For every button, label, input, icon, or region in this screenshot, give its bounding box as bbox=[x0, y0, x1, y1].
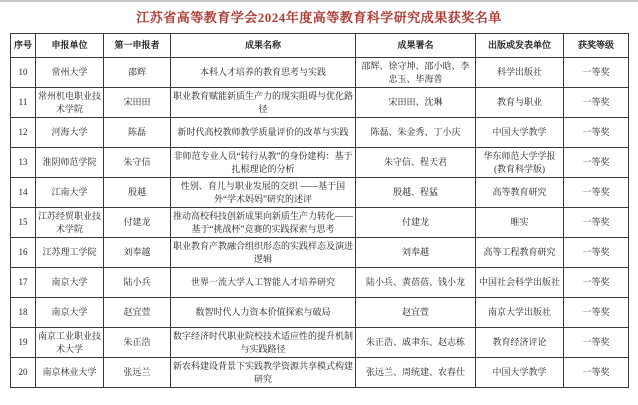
top-edge-divider bbox=[0, 0, 638, 2]
cell-serial-number: 20 bbox=[11, 358, 36, 388]
cell-applicant-unit: 常州大学 bbox=[36, 58, 104, 88]
cell-publisher-unit: 中国大学教学 bbox=[476, 118, 564, 148]
cell-achievement-name: 职业教育赋能新质生产力的现实阻碍与优化路径 bbox=[171, 88, 356, 118]
table-row: 13 淮阴师范学院 朱守信 非师范专业人员“转行从教”的身份建构：基于扎根理论的… bbox=[11, 148, 629, 178]
cell-applicant-unit: 南京大学 bbox=[36, 268, 104, 298]
cell-serial-number: 14 bbox=[11, 178, 36, 208]
cell-publisher-unit: 教育与职业 bbox=[476, 88, 564, 118]
cell-serial-number: 16 bbox=[11, 238, 36, 268]
cell-achievement-signature: 邵辉、徐守坤、邵小晗、李忠玉、毕海普 bbox=[356, 58, 476, 88]
cell-achievement-name: 新农科建设背景下实践教学资源共享模式构建研究 bbox=[171, 358, 356, 388]
cell-award-level: 一等奖 bbox=[564, 208, 629, 238]
cell-achievement-name: 推动高校科技创新成果向新质生产力转化——基于“挑战杯”竞赛的实践探索与思考 bbox=[171, 208, 356, 238]
cell-first-applicant: 陈磊 bbox=[104, 118, 171, 148]
cell-achievement-signature: 付建龙 bbox=[356, 208, 476, 238]
table-row: 14 江南大学 殷越 性别、育儿与职业发展的交织 ——基于国外“学术妈妈”研究的… bbox=[11, 178, 629, 208]
cell-first-applicant: 刘奉越 bbox=[104, 238, 171, 268]
cell-achievement-name: 数智时代人力资本价值探索与破局 bbox=[171, 298, 356, 328]
cell-serial-number: 15 bbox=[11, 208, 36, 238]
table-row: 17 南京大学 陆小兵 世界一流大学人工智能人才培养研究 陆小兵、黄蓓蓓、钱小龙… bbox=[11, 268, 629, 298]
cell-serial-number: 11 bbox=[11, 88, 36, 118]
page-title: 江苏省高等教育学会2024年度高等教育科学研究成果获奖名单 bbox=[0, 7, 638, 26]
cell-publisher-unit: 唯实 bbox=[476, 208, 564, 238]
cell-first-applicant: 宋田田 bbox=[104, 88, 171, 118]
header-first-applicant: 第一申报者 bbox=[104, 34, 171, 58]
cell-first-applicant: 赵宜萱 bbox=[104, 298, 171, 328]
cell-applicant-unit: 江苏经贸职业技术学院 bbox=[36, 208, 104, 238]
header-publisher-unit: 出版或发表单位 bbox=[476, 34, 564, 58]
cell-first-applicant: 朱守信 bbox=[104, 148, 171, 178]
table-row: 11 常州机电职业技术学院 宋田田 职业教育赋能新质生产力的现实阻碍与优化路径 … bbox=[11, 88, 629, 118]
cell-achievement-signature: 殷越、程猛 bbox=[356, 178, 476, 208]
cell-first-applicant: 朱正浩 bbox=[104, 328, 171, 358]
header-award-level: 获奖等级 bbox=[564, 34, 629, 58]
table-row: 19 南京工业职业技术大学 朱正浩 数字经济时代职业院校技术适应性的提升机制与实… bbox=[11, 328, 629, 358]
cell-publisher-unit: 南京大学出版社 bbox=[476, 298, 564, 328]
cell-first-applicant: 陆小兵 bbox=[104, 268, 171, 298]
cell-award-level: 一等奖 bbox=[564, 358, 629, 388]
cell-serial-number: 17 bbox=[11, 268, 36, 298]
cell-award-level: 一等奖 bbox=[564, 298, 629, 328]
award-results-table: 序号 申报单位 第一申报者 成果名称 成果署名 出版或发表单位 获奖等级 10 … bbox=[10, 33, 629, 388]
cell-first-applicant: 殷越 bbox=[104, 178, 171, 208]
cell-applicant-unit: 江南大学 bbox=[36, 178, 104, 208]
cell-award-level: 一等奖 bbox=[564, 238, 629, 268]
cell-achievement-signature: 陈磊、朱金秀、丁小庆 bbox=[356, 118, 476, 148]
header-achievement-signature: 成果署名 bbox=[356, 34, 476, 58]
cell-applicant-unit: 南京林业大学 bbox=[36, 358, 104, 388]
cell-award-level: 一等奖 bbox=[564, 58, 629, 88]
cell-achievement-name: 新时代高校教师教学质量评价的改革与实践 bbox=[171, 118, 356, 148]
cell-applicant-unit: 南京工业职业技术大学 bbox=[36, 328, 104, 358]
cell-achievement-name: 性别、育儿与职业发展的交织 ——基于国外“学术妈妈”研究的述评 bbox=[171, 178, 356, 208]
cell-award-level: 一等奖 bbox=[564, 88, 629, 118]
cell-achievement-name: 非师范专业人员“转行从教”的身份建构：基于扎根理论的分析 bbox=[171, 148, 356, 178]
table-row: 12 河海大学 陈磊 新时代高校教师教学质量评价的改革与实践 陈磊、朱金秀、丁小… bbox=[11, 118, 629, 148]
cell-achievement-signature: 朱正浩、戚聿东、赵志栋 bbox=[356, 328, 476, 358]
table-row: 18 南京大学 赵宜萱 数智时代人力资本价值探索与破局 赵宜萱 南京大学出版社 … bbox=[11, 298, 629, 328]
cell-achievement-signature: 张远兰、周统建、农春仕 bbox=[356, 358, 476, 388]
cell-publisher-unit: 科学出版社 bbox=[476, 58, 564, 88]
cell-achievement-signature: 刘奉越 bbox=[356, 238, 476, 268]
table-body: 10 常州大学 邵辉 本科人才培养的教育思考与实践 邵辉、徐守坤、邵小晗、李忠玉… bbox=[11, 58, 629, 388]
cell-first-applicant: 张远兰 bbox=[104, 358, 171, 388]
cell-award-level: 一等奖 bbox=[564, 148, 629, 178]
cell-serial-number: 10 bbox=[11, 58, 36, 88]
cell-achievement-name: 世界一流大学人工智能人才培养研究 bbox=[171, 268, 356, 298]
cell-first-applicant: 邵辉 bbox=[104, 58, 171, 88]
header-achievement-name: 成果名称 bbox=[171, 34, 356, 58]
table-row: 20 南京林业大学 张远兰 新农科建设背景下实践教学资源共享模式构建研究 张远兰… bbox=[11, 358, 629, 388]
table-row: 16 江苏理工学院 刘奉越 职业教育产教融合组织形态的实践样态及演进逻辑 刘奉越… bbox=[11, 238, 629, 268]
cell-applicant-unit: 南京大学 bbox=[36, 298, 104, 328]
cell-achievement-signature: 陆小兵、黄蓓蓓、钱小龙 bbox=[356, 268, 476, 298]
header-applicant-unit: 申报单位 bbox=[36, 34, 104, 58]
cell-award-level: 一等奖 bbox=[564, 268, 629, 298]
header-serial-number: 序号 bbox=[11, 34, 36, 58]
cell-award-level: 一等奖 bbox=[564, 178, 629, 208]
cell-achievement-signature: 赵宜萱 bbox=[356, 298, 476, 328]
table-row: 15 江苏经贸职业技术学院 付建龙 推动高校科技创新成果向新质生产力转化——基于… bbox=[11, 208, 629, 238]
cell-applicant-unit: 江苏理工学院 bbox=[36, 238, 104, 268]
cell-serial-number: 19 bbox=[11, 328, 36, 358]
cell-publisher-unit: 中国社会科学出版社 bbox=[476, 268, 564, 298]
cell-serial-number: 12 bbox=[11, 118, 36, 148]
table-header-row: 序号 申报单位 第一申报者 成果名称 成果署名 出版或发表单位 获奖等级 bbox=[11, 34, 629, 58]
cell-publisher-unit: 高等工程教育研究 bbox=[476, 238, 564, 268]
cell-achievement-name: 本科人才培养的教育思考与实践 bbox=[171, 58, 356, 88]
cell-achievement-name: 职业教育产教融合组织形态的实践样态及演进逻辑 bbox=[171, 238, 356, 268]
cell-first-applicant: 付建龙 bbox=[104, 208, 171, 238]
cell-applicant-unit: 淮阴师范学院 bbox=[36, 148, 104, 178]
cell-serial-number: 13 bbox=[11, 148, 36, 178]
cell-publisher-unit: 中国大学教学 bbox=[476, 358, 564, 388]
cell-award-level: 一等奖 bbox=[564, 328, 629, 358]
cell-publisher-unit: 高等教育研究 bbox=[476, 178, 564, 208]
cell-publisher-unit: 华东师范大学学报(教育科学版) bbox=[476, 148, 564, 178]
cell-publisher-unit: 教育经济评论 bbox=[476, 328, 564, 358]
cell-achievement-name: 数字经济时代职业院校技术适应性的提升机制与实践路径 bbox=[171, 328, 356, 358]
cell-achievement-signature: 朱守信、程天君 bbox=[356, 148, 476, 178]
table-row: 10 常州大学 邵辉 本科人才培养的教育思考与实践 邵辉、徐守坤、邵小晗、李忠玉… bbox=[11, 58, 629, 88]
cell-applicant-unit: 河海大学 bbox=[36, 118, 104, 148]
cell-applicant-unit: 常州机电职业技术学院 bbox=[36, 88, 104, 118]
cell-serial-number: 18 bbox=[11, 298, 36, 328]
cell-achievement-signature: 宋田田、沈琳 bbox=[356, 88, 476, 118]
cell-award-level: 一等奖 bbox=[564, 118, 629, 148]
